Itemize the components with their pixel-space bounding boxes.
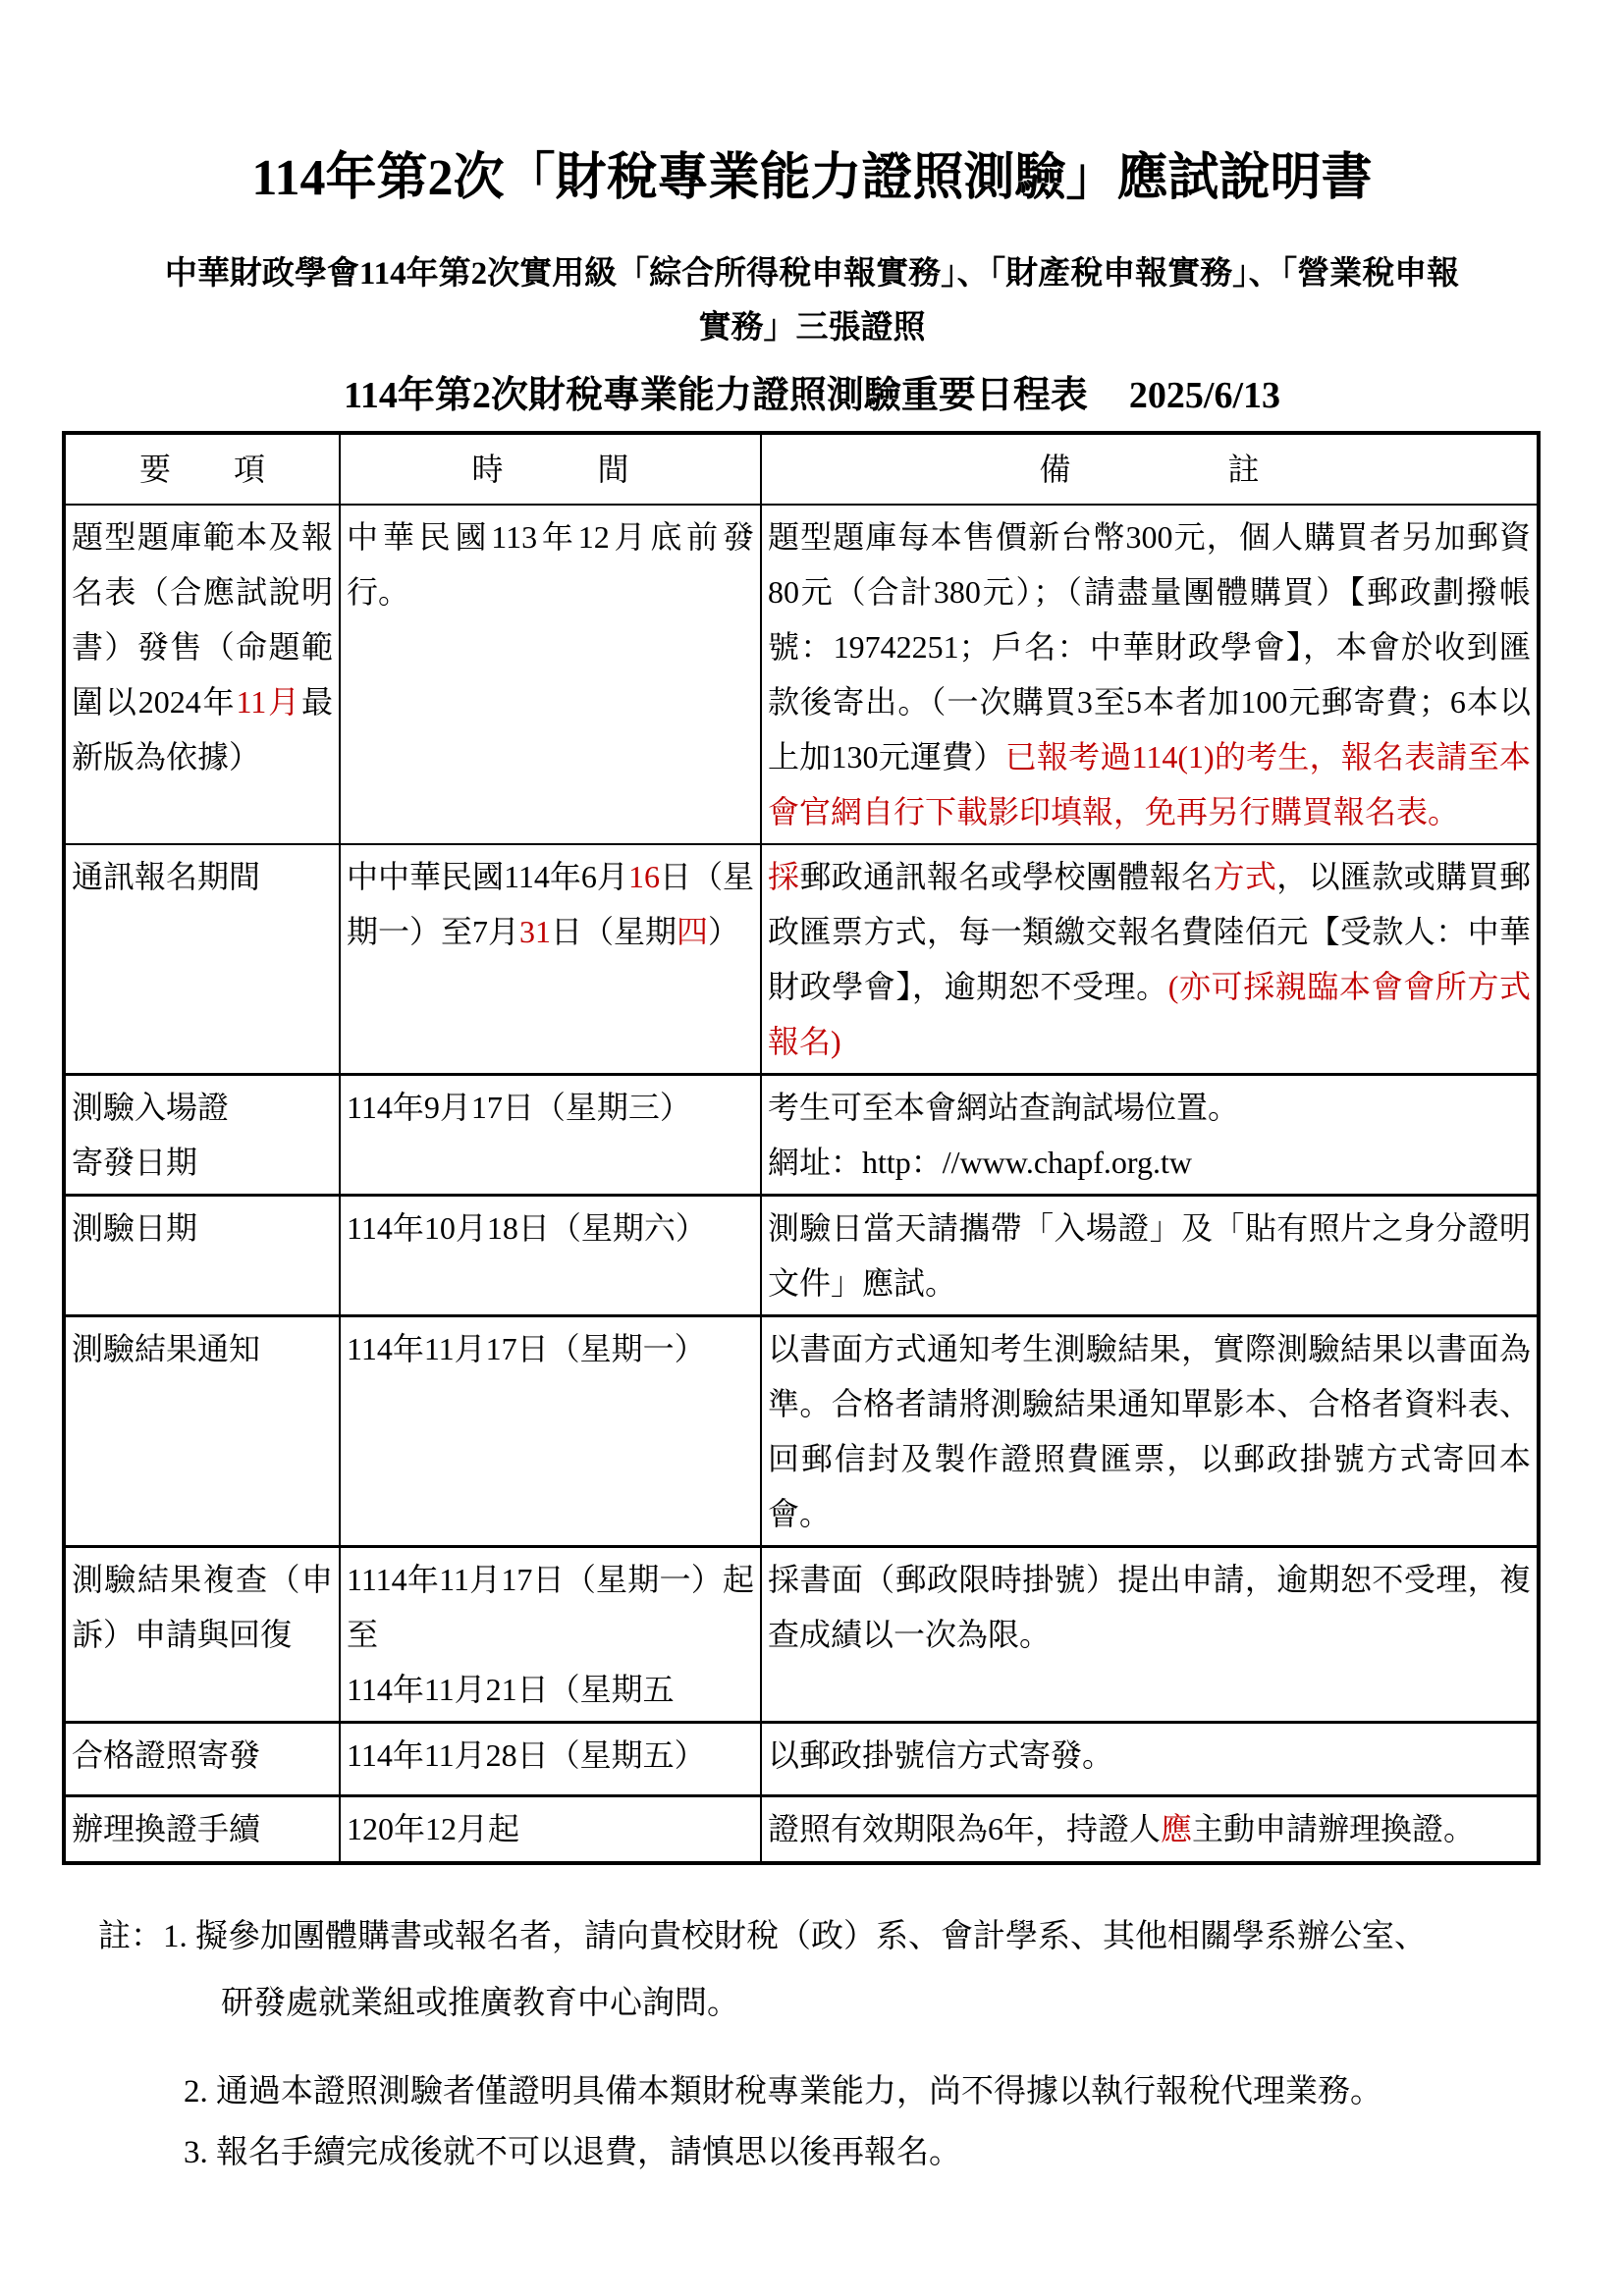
table-row: 合格證照寄發 114年11月28日（星期五） 以郵政掛號信方式寄發。 — [64, 1723, 1539, 1796]
item-cell: 辦理換證手續 — [64, 1796, 340, 1863]
table-row: 辦理換證手續 120年12月起 證照有效期限為6年，持證人應主動申請辦理換證。 — [64, 1796, 1539, 1863]
footnote-line: 研發處就業組或推廣教育中心詢問。 — [221, 1973, 1624, 2034]
table-row: 測驗結果通知 114年11月17日（星期一） 以書面方式通知考生測驗結果，實際測… — [64, 1316, 1539, 1547]
doc-subtitle-line-1: 中華財政學會114年第2次實用級「綜合所得稅申報實務」、「財產稅申報實務」、「營… — [0, 247, 1624, 301]
time-cell: 1114年11月17日（星期一）起至 114年11月21日（星期五 — [340, 1547, 761, 1723]
table-header-row: 要 項 時 間 備 註 — [64, 433, 1539, 505]
col-header-note: 備 註 — [761, 433, 1539, 505]
footnote-line: 2. 通過本證照測驗者僅證明具備本類財稅專業能力，尚不得據以執行報稅代理業務。 — [184, 2061, 1624, 2122]
schedule-heading-title: 114年第2次財稅專業能力證照測驗重要日程表 — [344, 375, 1088, 416]
item-cell: 測驗入場證 寄發日期 — [64, 1075, 340, 1196]
note-cell: 以郵政掛號信方式寄發。 — [761, 1723, 1539, 1796]
schedule-heading-date: 2025/6/13 — [1129, 375, 1280, 416]
time-cell: 中中華民國114年6月16日（星期一）至7月31日（星期四） — [340, 844, 761, 1075]
time-cell: 114年10月18日（星期六） — [340, 1196, 761, 1316]
schedule-heading: 114年第2次財稅專業能力證照測驗重要日程表2025/6/13 — [0, 371, 1624, 420]
document-page: 114年第2次「財稅專業能力證照測驗」應試說明書 中華財政學會114年第2次實用… — [0, 0, 1624, 2296]
item-cell: 題型題庫範本及報名表（合應試說明書）發售（命題範圍以2024年11月最新版為依據… — [64, 505, 340, 844]
note-cell: 考生可至本會網站查詢試場位置。 網址：http：//www.chapf.org.… — [761, 1075, 1539, 1196]
item-cell: 測驗結果複查（申訴）申請與回復 — [64, 1547, 340, 1723]
table-row: 題型題庫範本及報名表（合應試說明書）發售（命題範圍以2024年11月最新版為依據… — [64, 505, 1539, 844]
time-cell: 114年9月17日（星期三） — [340, 1075, 761, 1196]
table-row: 測驗日期 114年10月18日（星期六） 測驗日當天請攜帶「入場證」及「貼有照片… — [64, 1196, 1539, 1316]
note-cell: 證照有效期限為6年，持證人應主動申請辦理換證。 — [761, 1796, 1539, 1863]
note-cell: 採郵政通訊報名或學校團體報名方式，以匯款或購買郵政匯票方式，每一類繳交報名費陸佰… — [761, 844, 1539, 1075]
item-cell: 測驗結果通知 — [64, 1316, 340, 1547]
footnote-line: 3. 報名手續完成後就不可以退費，請慎思以後再報名。 — [184, 2122, 1624, 2183]
table-row: 通訊報名期間 中中華民國114年6月16日（星期一）至7月31日（星期四） 採郵… — [64, 844, 1539, 1075]
col-header-item: 要 項 — [64, 433, 340, 505]
doc-subtitle-line-2: 實務」三張證照 — [0, 301, 1624, 355]
item-cell: 合格證照寄發 — [64, 1723, 340, 1796]
time-cell: 中華民國113年12月底前發行。 — [340, 505, 761, 844]
footnote-line: 註：1. 擬參加團體購書或報名者，請向貴校財稅（政）系、會計學系、其他相關學系辦… — [98, 1906, 1624, 1967]
col-header-time: 時 間 — [340, 433, 761, 505]
time-cell: 114年11月28日（星期五） — [340, 1723, 761, 1796]
item-cell: 測驗日期 — [64, 1196, 340, 1316]
footnotes: 註：1. 擬參加團體購書或報名者，請向貴校財稅（政）系、會計學系、其他相關學系辦… — [0, 1906, 1624, 2183]
time-cell: 114年11月17日（星期一） — [340, 1316, 761, 1547]
page-title: 114年第2次「財稅專業能力證照測驗」應試說明書 — [0, 147, 1624, 210]
table-row: 測驗結果複查（申訴）申請與回復 1114年11月17日（星期一）起至 114年1… — [64, 1547, 1539, 1723]
time-cell: 120年12月起 — [340, 1796, 761, 1863]
doc-subtitle: 中華財政學會114年第2次實用級「綜合所得稅申報實務」、「財產稅申報實務」、「營… — [0, 247, 1624, 355]
schedule-table: 要 項 時 間 備 註 題型題庫範本及報名表（合應試說明書）發售（命題範圍以20… — [62, 431, 1541, 1865]
table-row: 測驗入場證 寄發日期 114年9月17日（星期三） 考生可至本會網站查詢試場位置… — [64, 1075, 1539, 1196]
note-cell: 採書面（郵政限時掛號）提出申請，逾期恕不受理，複查成績以一次為限。 — [761, 1547, 1539, 1723]
item-cell: 通訊報名期間 — [64, 844, 340, 1075]
note-cell: 題型題庫每本售價新台幣300元，個人購買者另加郵資80元（合計380元）；（請盡… — [761, 505, 1539, 844]
note-cell: 以書面方式通知考生測驗結果，實際測驗結果以書面為準。合格者請將測驗結果通知單影本… — [761, 1316, 1539, 1547]
note-cell: 測驗日當天請攜帶「入場證」及「貼有照片之身分證明文件」應試。 — [761, 1196, 1539, 1316]
